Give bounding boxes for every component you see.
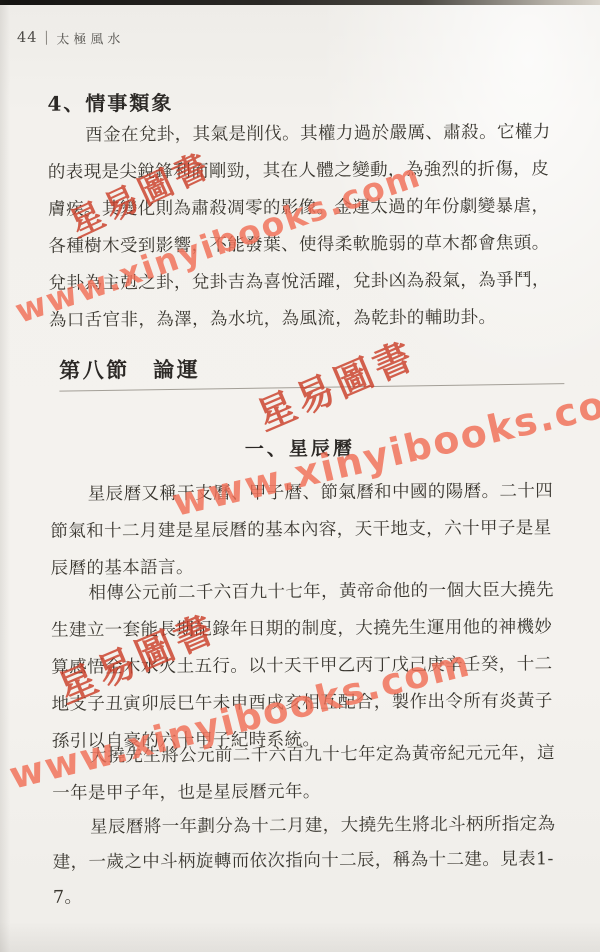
photo-left-edge bbox=[0, 0, 10, 952]
body-paragraph-3: 相傳公元前二千六百九十七年，黃帝命他的一個大臣大撓先 生建立一套能長期記錄年日期… bbox=[51, 572, 576, 761]
subsection-heading: 4、情事類象 bbox=[47, 87, 173, 117]
body-paragraph-1: 酉金在兌卦，其氣是削伐。其權力過於嚴厲、肅殺。它權力 的表現是尖銳鋒利而剛勁，其… bbox=[47, 114, 573, 340]
body-paragraph-5: 星辰曆將一年劃分為十二月建，大撓先生將北斗柄所指定為 建，一歲之中斗柄旋轉而依次… bbox=[52, 807, 577, 916]
running-header: 44 太極風水 bbox=[17, 27, 125, 48]
photo-top-edge bbox=[0, 0, 600, 5]
page-content: 44 太極風水 4、情事類象 酉金在兌卦，其氣是削伐。其權力過於嚴厲、肅殺。它權… bbox=[0, 0, 600, 952]
section-rule bbox=[59, 383, 564, 392]
header-divider bbox=[46, 31, 47, 45]
body-paragraph-2: 星辰曆又稱干支曆、甲子曆、節氣曆和中國的陽曆。二十四 節氣和十二月建是星辰曆的基… bbox=[50, 473, 575, 588]
book-title: 太極風水 bbox=[56, 28, 124, 47]
page-number: 44 bbox=[17, 30, 38, 46]
body-paragraph-4: 大撓先生將公元前二千六百九十七年定為黃帝紀元元年，這 一年是甲子年，也是星辰曆元… bbox=[52, 735, 577, 813]
photo-bottom-edge bbox=[0, 922, 600, 952]
subheading-calendar: 一、星辰曆 bbox=[0, 432, 600, 463]
section-heading: 第八節 論運 bbox=[59, 354, 200, 385]
book-page-photo: 44 太極風水 4、情事類象 酉金在兌卦，其氣是削伐。其權力過於嚴厲、肅殺。它權… bbox=[0, 0, 600, 952]
